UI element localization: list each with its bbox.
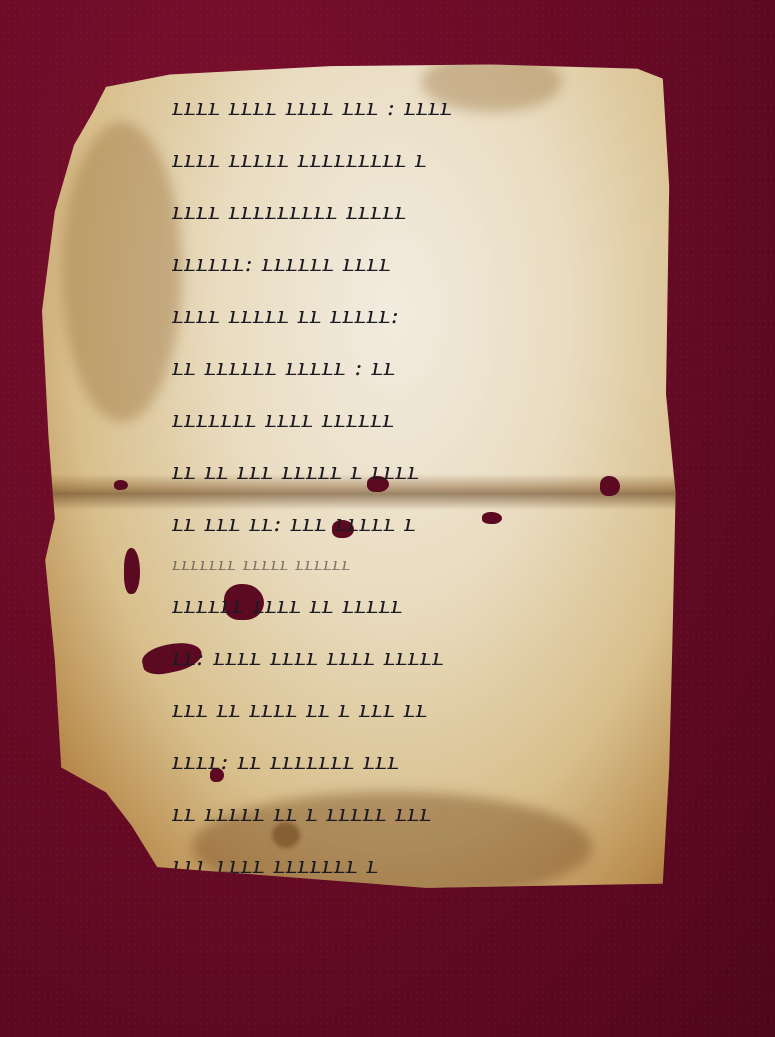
text-line: ււ: ււււ ււււ ււււ ւււււ bbox=[172, 632, 642, 684]
text-line: ււււ ւււււււււ ւււււ bbox=[172, 186, 642, 238]
text-line: ււ ւււււ ււ ւ ւււււ ւււ bbox=[172, 788, 642, 840]
worm-hole bbox=[114, 480, 128, 490]
text-line: ււււ ւււււ ււ ւււււ: bbox=[172, 290, 642, 342]
text-line: ււււ: ււ ւււււււ ւււ bbox=[172, 736, 642, 788]
text-line: ւււււււ ււււ ււււււ bbox=[172, 394, 642, 446]
text-line: ււ ււււււ ւււււ : ււ bbox=[172, 342, 642, 394]
stain bbox=[62, 122, 182, 422]
text-line: ււււււ: ււււււ ււււ bbox=[172, 238, 642, 290]
text-line: ւււււււ ւււււ ււււււ bbox=[172, 550, 642, 580]
text-line: ււււ ււււ ււււ ւււ : ււււ bbox=[172, 82, 642, 134]
manuscript-page: ււււ ււււ ււււ ւււ : ււււ ււււ ւււււ ւււ… bbox=[42, 62, 682, 892]
text-line: ւււ ււ ււււ ււ ւ ւււ ււ bbox=[172, 684, 642, 736]
manuscript-text: ււււ ււււ ււււ ւււ : ււււ ււււ ւււււ ւււ… bbox=[172, 82, 642, 892]
worm-hole bbox=[124, 548, 140, 594]
text-line: ււ ււ ւււ ւււււ ւ ււււ bbox=[172, 446, 642, 498]
text-line: ււ ւււ ււ: ւււ ւււււ ւ bbox=[172, 498, 642, 550]
text-line: ււււ ւււււ ւււււււււ ւ bbox=[172, 134, 642, 186]
text-line: ււււււ ււււ ււ ւււււ bbox=[172, 580, 642, 632]
